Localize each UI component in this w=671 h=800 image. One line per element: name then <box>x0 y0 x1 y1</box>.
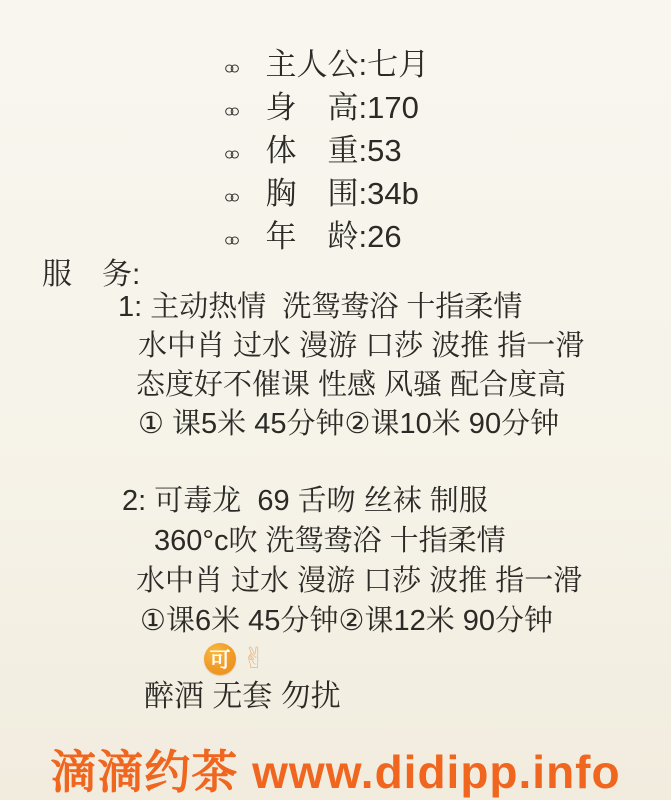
profile-row-text: 身 高:170 <box>266 90 419 125</box>
service-package-1: 1: 主动热情 洗鸳鸯浴 十指柔情 水中肖 过水 漫游 口莎 波推 指一滑 态度… <box>0 288 671 444</box>
service-line: 态度好不催课 性感 风骚 配合度高 <box>136 366 671 405</box>
profile-row-age: 。。年 龄:26 <box>224 216 429 259</box>
profile-row-weight: 。。体 重:53 <box>224 130 429 173</box>
service-line: 360°c吹 洗鸳鸯浴 十指柔情 <box>154 521 671 561</box>
flyer-background: 。。主人公:七月 。。身 高:170 。。体 重:53 。。胸 围:34b 。。… <box>0 0 671 800</box>
profile-row-text: 胸 围:34b <box>266 176 419 211</box>
profile-row-bust: 。。胸 围:34b <box>224 173 429 216</box>
service-line: 1: 主动热情 洗鸳鸯浴 十指柔情 <box>118 288 671 327</box>
service-package-2: 2: 可毒龙 69 舌吻 丝袜 制服 360°c吹 洗鸳鸯浴 十指柔情 水中肖 … <box>0 481 671 641</box>
service-line: 水中肖 过水 漫游 口莎 波推 指一滑 <box>138 327 671 366</box>
profile-row-height: 。。身 高:170 <box>224 87 429 130</box>
dots-prefix: 。。 <box>224 170 250 211</box>
service-price-line: ①课6米 45分钟②课12米 90分钟 <box>140 601 671 641</box>
profile-row-text: 体 重:53 <box>266 133 402 168</box>
services-heading: 服 务: <box>42 249 140 293</box>
profile-info-list: 。。主人公:七月 。。身 高:170 。。体 重:53 。。胸 围:34b 。。… <box>224 44 429 259</box>
profile-row-text: 主人公:七月 <box>266 47 430 82</box>
service-line: 水中肖 过水 漫游 口莎 波推 指一滑 <box>136 561 671 601</box>
dots-prefix: 。。 <box>224 41 250 82</box>
watermark-text: 滴滴约茶 www.didipp.info <box>0 736 671 800</box>
dots-prefix: 。。 <box>224 213 250 254</box>
dots-prefix: 。。 <box>224 127 250 168</box>
restrictions-note: 醉酒 无套 勿扰 <box>144 671 341 715</box>
service-line: 2: 可毒龙 69 舌吻 丝袜 制服 <box>122 481 671 521</box>
dots-prefix: 。。 <box>224 84 250 125</box>
profile-row-text: 年 龄:26 <box>266 219 402 254</box>
profile-row-name: 。。主人公:七月 <box>224 44 429 87</box>
service-price-line: ① 课5米 45分钟②课10米 90分钟 <box>138 405 671 444</box>
